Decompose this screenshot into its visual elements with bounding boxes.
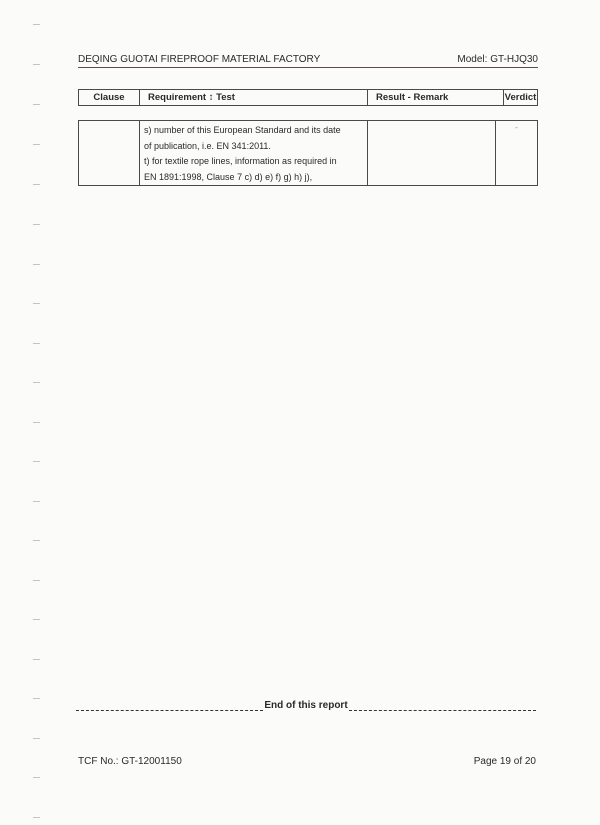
margin-tick [33, 580, 40, 581]
clause-cell [79, 121, 140, 186]
margin-tick [33, 619, 40, 620]
requirement-line: s) number of this European Standard and … [144, 123, 363, 139]
column-header-verdict: Verdict [504, 90, 538, 106]
margin-tick [33, 104, 40, 105]
requirement-line: of publication, i.e. EN 341:2011. [144, 139, 363, 155]
margin-tick [33, 264, 40, 265]
dashed-rule-left [76, 700, 263, 711]
requirement-line: t) for textile rope lines, information a… [144, 154, 363, 170]
margin-tick [33, 303, 40, 304]
margin-tick [33, 382, 40, 383]
tcf-number: TCF No.: GT-12001150 [78, 756, 182, 767]
column-header-requirement: Requirement ↕ Test [140, 90, 368, 106]
margin-tick [33, 144, 40, 145]
table-header: Clause Requirement ↕ Test Result - Remar… [78, 89, 538, 106]
margin-tick [33, 422, 40, 423]
margin-tick [33, 738, 40, 739]
end-of-report-marker: End of this report [76, 700, 536, 712]
margin-tick [33, 224, 40, 225]
dashed-rule-right [349, 700, 536, 711]
column-header-clause: Clause [79, 90, 140, 106]
column-header-result: Result - Remark [368, 90, 504, 106]
binder-margin-marks [33, 0, 41, 825]
result-cell [368, 121, 496, 186]
verdict-cell: - [496, 121, 538, 186]
company-name: DEQING GUOTAI FIREPROOF MATERIAL FACTORY [78, 54, 320, 66]
margin-tick [33, 540, 40, 541]
margin-tick [33, 659, 40, 660]
page-header: DEQING GUOTAI FIREPROOF MATERIAL FACTORY… [78, 53, 538, 68]
margin-tick [33, 461, 40, 462]
margin-tick [33, 184, 40, 185]
margin-tick [33, 698, 40, 699]
margin-tick [33, 777, 40, 778]
model-number: Model: GT-HJQ30 [457, 54, 538, 66]
margin-tick [33, 817, 40, 818]
requirement-cell: s) number of this European Standard and … [140, 121, 368, 186]
margin-tick [33, 64, 40, 65]
requirement-line: EN 1891:1998, Clause 7 c) d) e) f) g) h)… [144, 170, 363, 186]
page-number: Page 19 of 20 [474, 756, 536, 767]
margin-tick [33, 501, 40, 502]
end-of-report-text: End of this report [263, 700, 348, 712]
table-row: s) number of this European Standard and … [79, 121, 538, 186]
margin-tick [33, 24, 40, 25]
margin-tick [33, 343, 40, 344]
requirements-table: s) number of this European Standard and … [78, 120, 538, 186]
